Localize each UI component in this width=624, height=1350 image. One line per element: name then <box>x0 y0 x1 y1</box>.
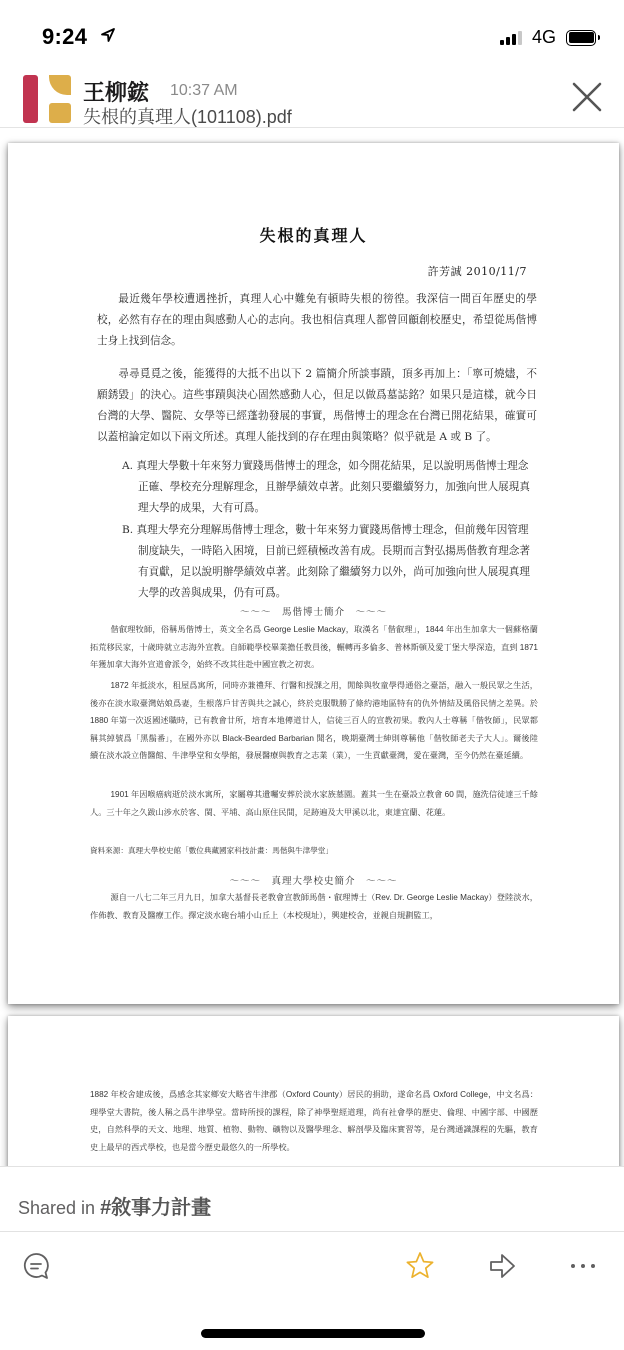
share-icon <box>487 1251 517 1281</box>
document-author-date: 許芳誠 2010/11/7 <box>428 263 527 279</box>
mackay-paragraph-1: 偕叡理牧師，俗稱馬偕博士，英文全名爲 George Leslie Mackay，… <box>90 621 538 674</box>
mackay-paragraph-2: 1872 年抵淡水，租屋爲寓所，同時亦兼禮拜、行醫和授課之用，閒餘與牧童學得通俗… <box>90 677 538 765</box>
share-button[interactable] <box>485 1249 519 1283</box>
more-icon <box>568 1251 598 1281</box>
network-type: 4G <box>532 27 556 48</box>
second-paragraph: 尋尋覓覓之後，能獲得的大抵不出以下 2 篇簡介所談事蹟，頂多再加上：「寧可燒燼，… <box>97 364 537 448</box>
pdf-viewer[interactable]: 失根的真理人 許芳誠 2010/11/7 最近幾年學校遭遇挫折，真理人心中難免有… <box>0 128 624 1166</box>
shared-channel-link[interactable]: #敘事力計畫 <box>100 1197 211 1219</box>
shared-in-text: Shared in #敘事力計畫 <box>18 1191 211 1220</box>
file-name: 失根的真理人(101108).pdf <box>83 103 292 129</box>
action-bar <box>0 1233 624 1303</box>
history-paragraph-1: 源自一八七二年三月九日，加拿大基督長老教會宣教師馬偕・叡理博士（Rev. Dr.… <box>90 889 538 924</box>
star-icon <box>404 1250 436 1282</box>
option-b: B. 真理大學充分理解馬偕博士理念，數十年來努力實踐馬偕博士理念，但前幾年因管理… <box>122 520 538 604</box>
status-time: 9:24 <box>42 24 87 50</box>
section-title-history: ～～～ 真理大學校史簡介 ～～～ <box>8 873 619 887</box>
option-a: A. 真理大學數十年來努力實踐馬偕博士的理念，如今開花結果，足以說明馬偕博士理念… <box>122 456 538 519</box>
comment-icon <box>21 1251 51 1281</box>
page2-paragraph: 1882 年校舍建成後，爲感念其家鄉安大略省牛津郡（Oxford County）… <box>90 1086 538 1156</box>
file-header: 王柳鋐 10:37 AM 失根的真理人(101108).pdf <box>0 66 624 128</box>
pdf-page-2: 1882 年校舍建成後，爲感念其家鄉安大略省牛津郡（Oxford County）… <box>8 1016 619 1166</box>
mackay-paragraph-3: 1901 年因喉癌病逝於淡水寓所，家屬尊其遺囑安葬於淡水家族墓園。蓋其一生在臺設… <box>90 786 538 821</box>
more-button[interactable] <box>566 1249 600 1283</box>
source-citation: 資料來源：真理大學校史館「數位典藏國家科技計畫：馬偕與牛津學堂」 <box>90 845 333 856</box>
location-arrow-icon <box>100 27 116 43</box>
message-time: 10:37 AM <box>170 82 238 100</box>
intro-paragraph: 最近幾年學校遭遇挫折，真理人心中難免有頓時失根的徬徨。我深信一間百年歷史的學校，… <box>97 289 537 352</box>
section-title-mackay: ～～～ 馬偕博士簡介 ～～～ <box>8 604 619 618</box>
status-bar: 9:24 4G <box>0 0 624 66</box>
star-button[interactable] <box>403 1249 437 1283</box>
shared-in-bar: Shared in #敘事力計畫 <box>0 1166 624 1232</box>
comment-button[interactable] <box>19 1249 53 1283</box>
signal-icon <box>500 31 522 45</box>
status-right: 4G <box>500 27 596 48</box>
shared-in-label: Shared in <box>18 1198 100 1218</box>
close-icon[interactable] <box>570 80 604 114</box>
battery-icon <box>566 30 596 46</box>
pdf-page-1: 失根的真理人 許芳誠 2010/11/7 最近幾年學校遭遇挫折，真理人心中難免有… <box>8 143 619 1004</box>
document-title: 失根的真理人 <box>8 223 619 246</box>
workspace-logo <box>23 75 71 123</box>
home-indicator[interactable] <box>201 1329 425 1338</box>
